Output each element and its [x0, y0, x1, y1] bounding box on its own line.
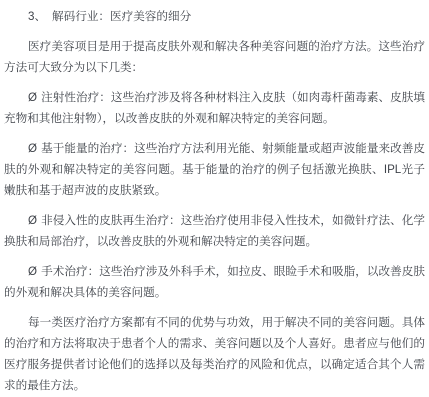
bullet-paragraph-energy: Ø基于能量的治疗：这些治疗方法利用光能、射频能量或超声波能量来改善皮肤的外观和解… — [4, 138, 425, 201]
intro-paragraph: 医疗美容项目是用于提高皮肤外观和解决各种美容问题的治疗方法。这些治疗方法可大致分… — [4, 36, 425, 78]
bullet-marker: Ø — [28, 91, 37, 104]
bullet-text: 手术治疗：这些治疗涉及外科手术，如拉皮、眼睑手术和吸脂，以改善皮肤的外观和解决具… — [4, 265, 425, 299]
bullet-marker: Ø — [28, 214, 37, 227]
document-page: 3、解码行业：医疗美容的细分 医疗美容项目是用于提高皮肤外观和解决各种美容问题的… — [0, 0, 429, 397]
closing-paragraph: 每一类医疗治疗方案都有不同的优势与功效，用于解决不同的美容问题。具体的治疗和方法… — [4, 312, 425, 396]
section-title: 解码行业：医疗美容的细分 — [52, 10, 191, 23]
bullet-text: 基于能量的治疗：这些治疗方法利用光能、射频能量或超声波能量来改善皮肤的外观和解决… — [4, 142, 425, 197]
bullet-paragraph-noninvasive: Ø非侵入性的皮肤再生治疗：这些治疗使用非侵入性技术，如微针疗法、化学换肤和局部治… — [4, 210, 425, 252]
bullet-text: 非侵入性的皮肤再生治疗：这些治疗使用非侵入性技术，如微针疗法、化学换肤和局部治疗… — [4, 214, 425, 248]
section-heading: 3、解码行业：医疗美容的细分 — [4, 6, 425, 27]
bullet-marker: Ø — [28, 265, 37, 278]
bullet-marker: Ø — [28, 142, 37, 155]
bullet-paragraph-surgical: Ø手术治疗：这些治疗涉及外科手术，如拉皮、眼睑手术和吸脂，以改善皮肤的外观和解决… — [4, 261, 425, 303]
bullet-text: 注射性治疗：这些治疗涉及将各种材料注入皮肤（如肉毒杆菌毒素、皮肤填充物和其他注射… — [4, 91, 425, 125]
bullet-paragraph-injectable: Ø注射性治疗：这些治疗涉及将各种材料注入皮肤（如肉毒杆菌毒素、皮肤填充物和其他注… — [4, 87, 425, 129]
section-number: 3、 — [28, 10, 46, 23]
